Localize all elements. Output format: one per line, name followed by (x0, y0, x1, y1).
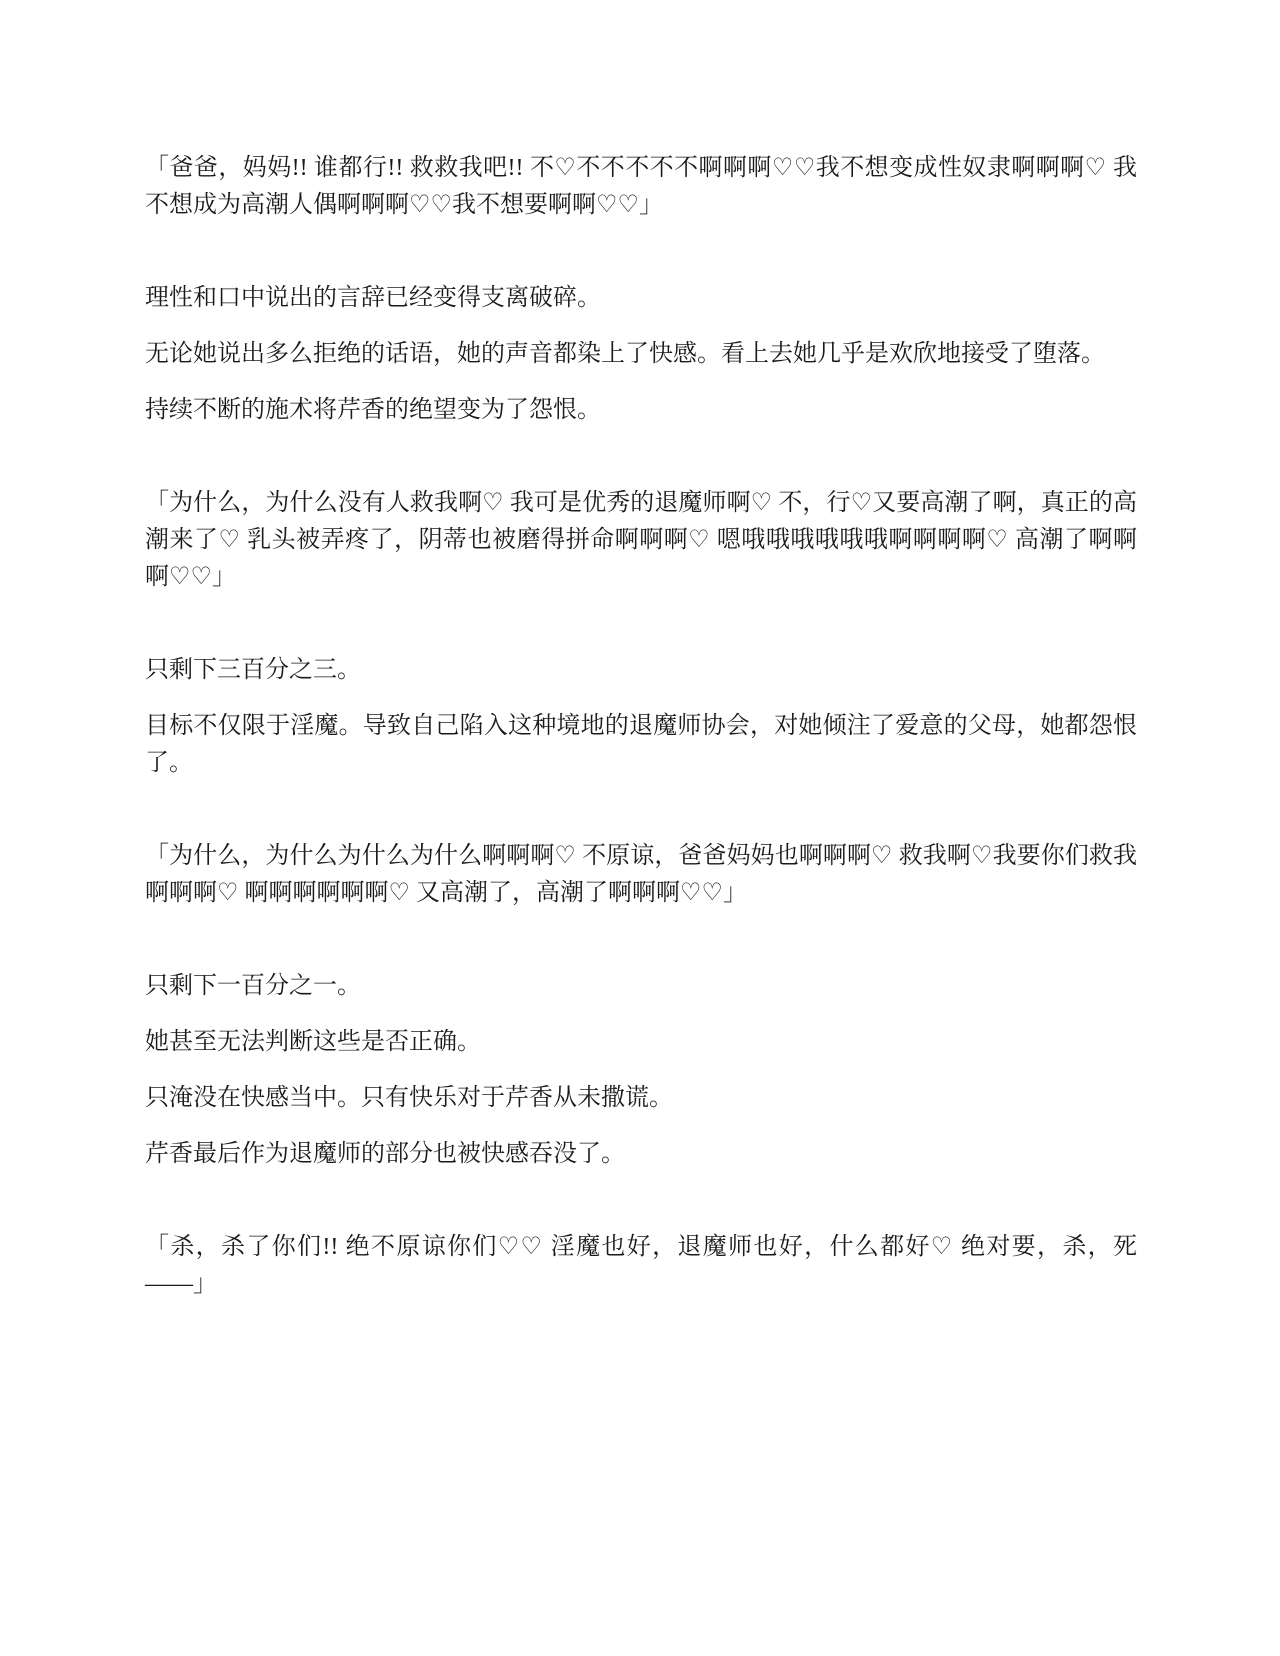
paragraph-narration-3: 持续不断的施术将芹香的绝望变为了怨恨。 (145, 392, 1137, 429)
page: { "page": { "background_color": "#ffffff… (0, 0, 1280, 1656)
paragraph-narration-5: 目标不仅限于淫魔。导致自己陷入这种境地的退魔师协会，对她倾注了爱意的父母，她都怨… (145, 708, 1137, 782)
paragraph-narration-1: 理性和口中说出的言辞已经变得支离破碎。 (145, 280, 1137, 317)
paragraph-narration-4: 只剩下三百分之三。 (145, 652, 1137, 689)
document-page: 「爸爸，妈妈!! 谁都行!! 救救我吧!! 不♡不不不不不啊啊啊♡♡我不想变成性… (0, 0, 1280, 1656)
paragraph-dialogue-2: 「为什么，为什么没有人救我啊♡ 我可是优秀的退魔师啊♡ 不，行♡又要高潮了啊，真… (145, 485, 1137, 596)
text-content: 「爸爸，妈妈!! 谁都行!! 救救我吧!! 不♡不不不不不啊啊啊♡♡我不想变成性… (145, 150, 1137, 1303)
paragraph-dialogue-3: 「为什么，为什么为什么为什么啊啊啊♡ 不原谅，爸爸妈妈也啊啊啊♡ 救我啊♡我要你… (145, 838, 1137, 912)
paragraph-narration-2: 无论她说出多么拒绝的话语，她的声音都染上了快感。看上去她几乎是欢欣地接受了堕落。 (145, 336, 1137, 373)
paragraph-dialogue-1: 「爸爸，妈妈!! 谁都行!! 救救我吧!! 不♡不不不不不啊啊啊♡♡我不想变成性… (145, 150, 1137, 224)
paragraph-narration-6: 只剩下一百分之一。 (145, 968, 1137, 1005)
paragraph-narration-8: 只淹没在快感当中。只有快乐对于芹香从未撒谎。 (145, 1080, 1137, 1117)
paragraph-dialogue-4: 「杀，杀了你们!! 绝不原谅你们♡♡ 淫魔也好，退魔师也好，什么都好♡ 绝对要，… (145, 1229, 1137, 1303)
paragraph-narration-9: 芹香最后作为退魔师的部分也被快感吞没了。 (145, 1136, 1137, 1173)
paragraph-narration-7: 她甚至无法判断这些是否正确。 (145, 1024, 1137, 1061)
